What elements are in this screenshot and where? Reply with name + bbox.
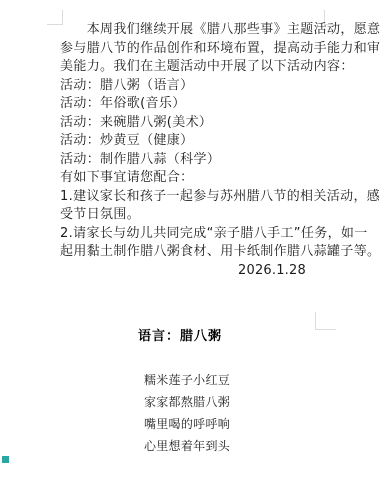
poem: 糯米莲子小红豆 家家都熬腊八粥 嘴里喝的呼呼响 心里想着年到头 — [13, 369, 361, 457]
poem-line: 嘴里喝的呼呼响 — [13, 413, 361, 435]
notice-line-activity: 活动：来碗腊八粥(美术） — [60, 114, 344, 133]
notice-line: 受节日氛围。 — [60, 206, 344, 225]
notice-line: 参与腊八节的作品创作和环境布置，提高动手能力和审 — [60, 40, 344, 59]
notice-line: 2.请家长与幼儿共同完成“亲子腊八手工”任务，如一 — [60, 225, 344, 244]
notice-line: 1.建议家长和孩子一起参与苏州腊八节的相关活动，感 — [60, 188, 344, 207]
notice-line-activity: 活动：制作腊八蒜（科学） — [60, 151, 344, 170]
notice-line: 本周我们继续开展《腊八那些事》主题活动，愿意 — [60, 21, 344, 40]
date-line: 2026.1.28 — [238, 262, 344, 281]
notice-line: 起用黏土制作腊八粥食材、用卡纸制作腊八蒜罐子等。 — [60, 243, 344, 262]
notice-line-activity: 活动：炒黄豆（健康） — [60, 132, 344, 151]
notice-line-activity: 活动：年俗歌(音乐） — [60, 95, 344, 114]
notice-line: 有如下事宜请您配合： — [60, 169, 344, 188]
language-activity-section: 语言：腊八粥 糯米莲子小红豆 家家都熬腊八粥 嘴里喝的呼呼响 心里想着年到头 — [16, 329, 364, 457]
notice-line: 美能力。我们在主题活动中开展了以下活动内容： — [60, 58, 344, 77]
text-boundary-mark-section2-right — [315, 312, 336, 330]
poem-line: 糯米莲子小红豆 — [13, 369, 361, 391]
notice-line-activity: 活动：腊八粥（语言） — [60, 77, 344, 96]
poem-line: 心里想着年到头 — [13, 435, 361, 457]
section-title: 语言：腊八粥 — [6, 329, 354, 344]
notice-paragraph: 本周我们继续开展《腊八那些事》主题活动，愿意 参与腊八节的作品创作和环境布置，提… — [60, 21, 344, 280]
teal-marker — [2, 456, 9, 463]
document-canvas[interactable]: 本周我们继续开展《腊八那些事》主题活动，愿意 参与腊八节的作品创作和环境布置，提… — [0, 0, 381, 483]
poem-line: 家家都熬腊八粥 — [13, 391, 361, 413]
